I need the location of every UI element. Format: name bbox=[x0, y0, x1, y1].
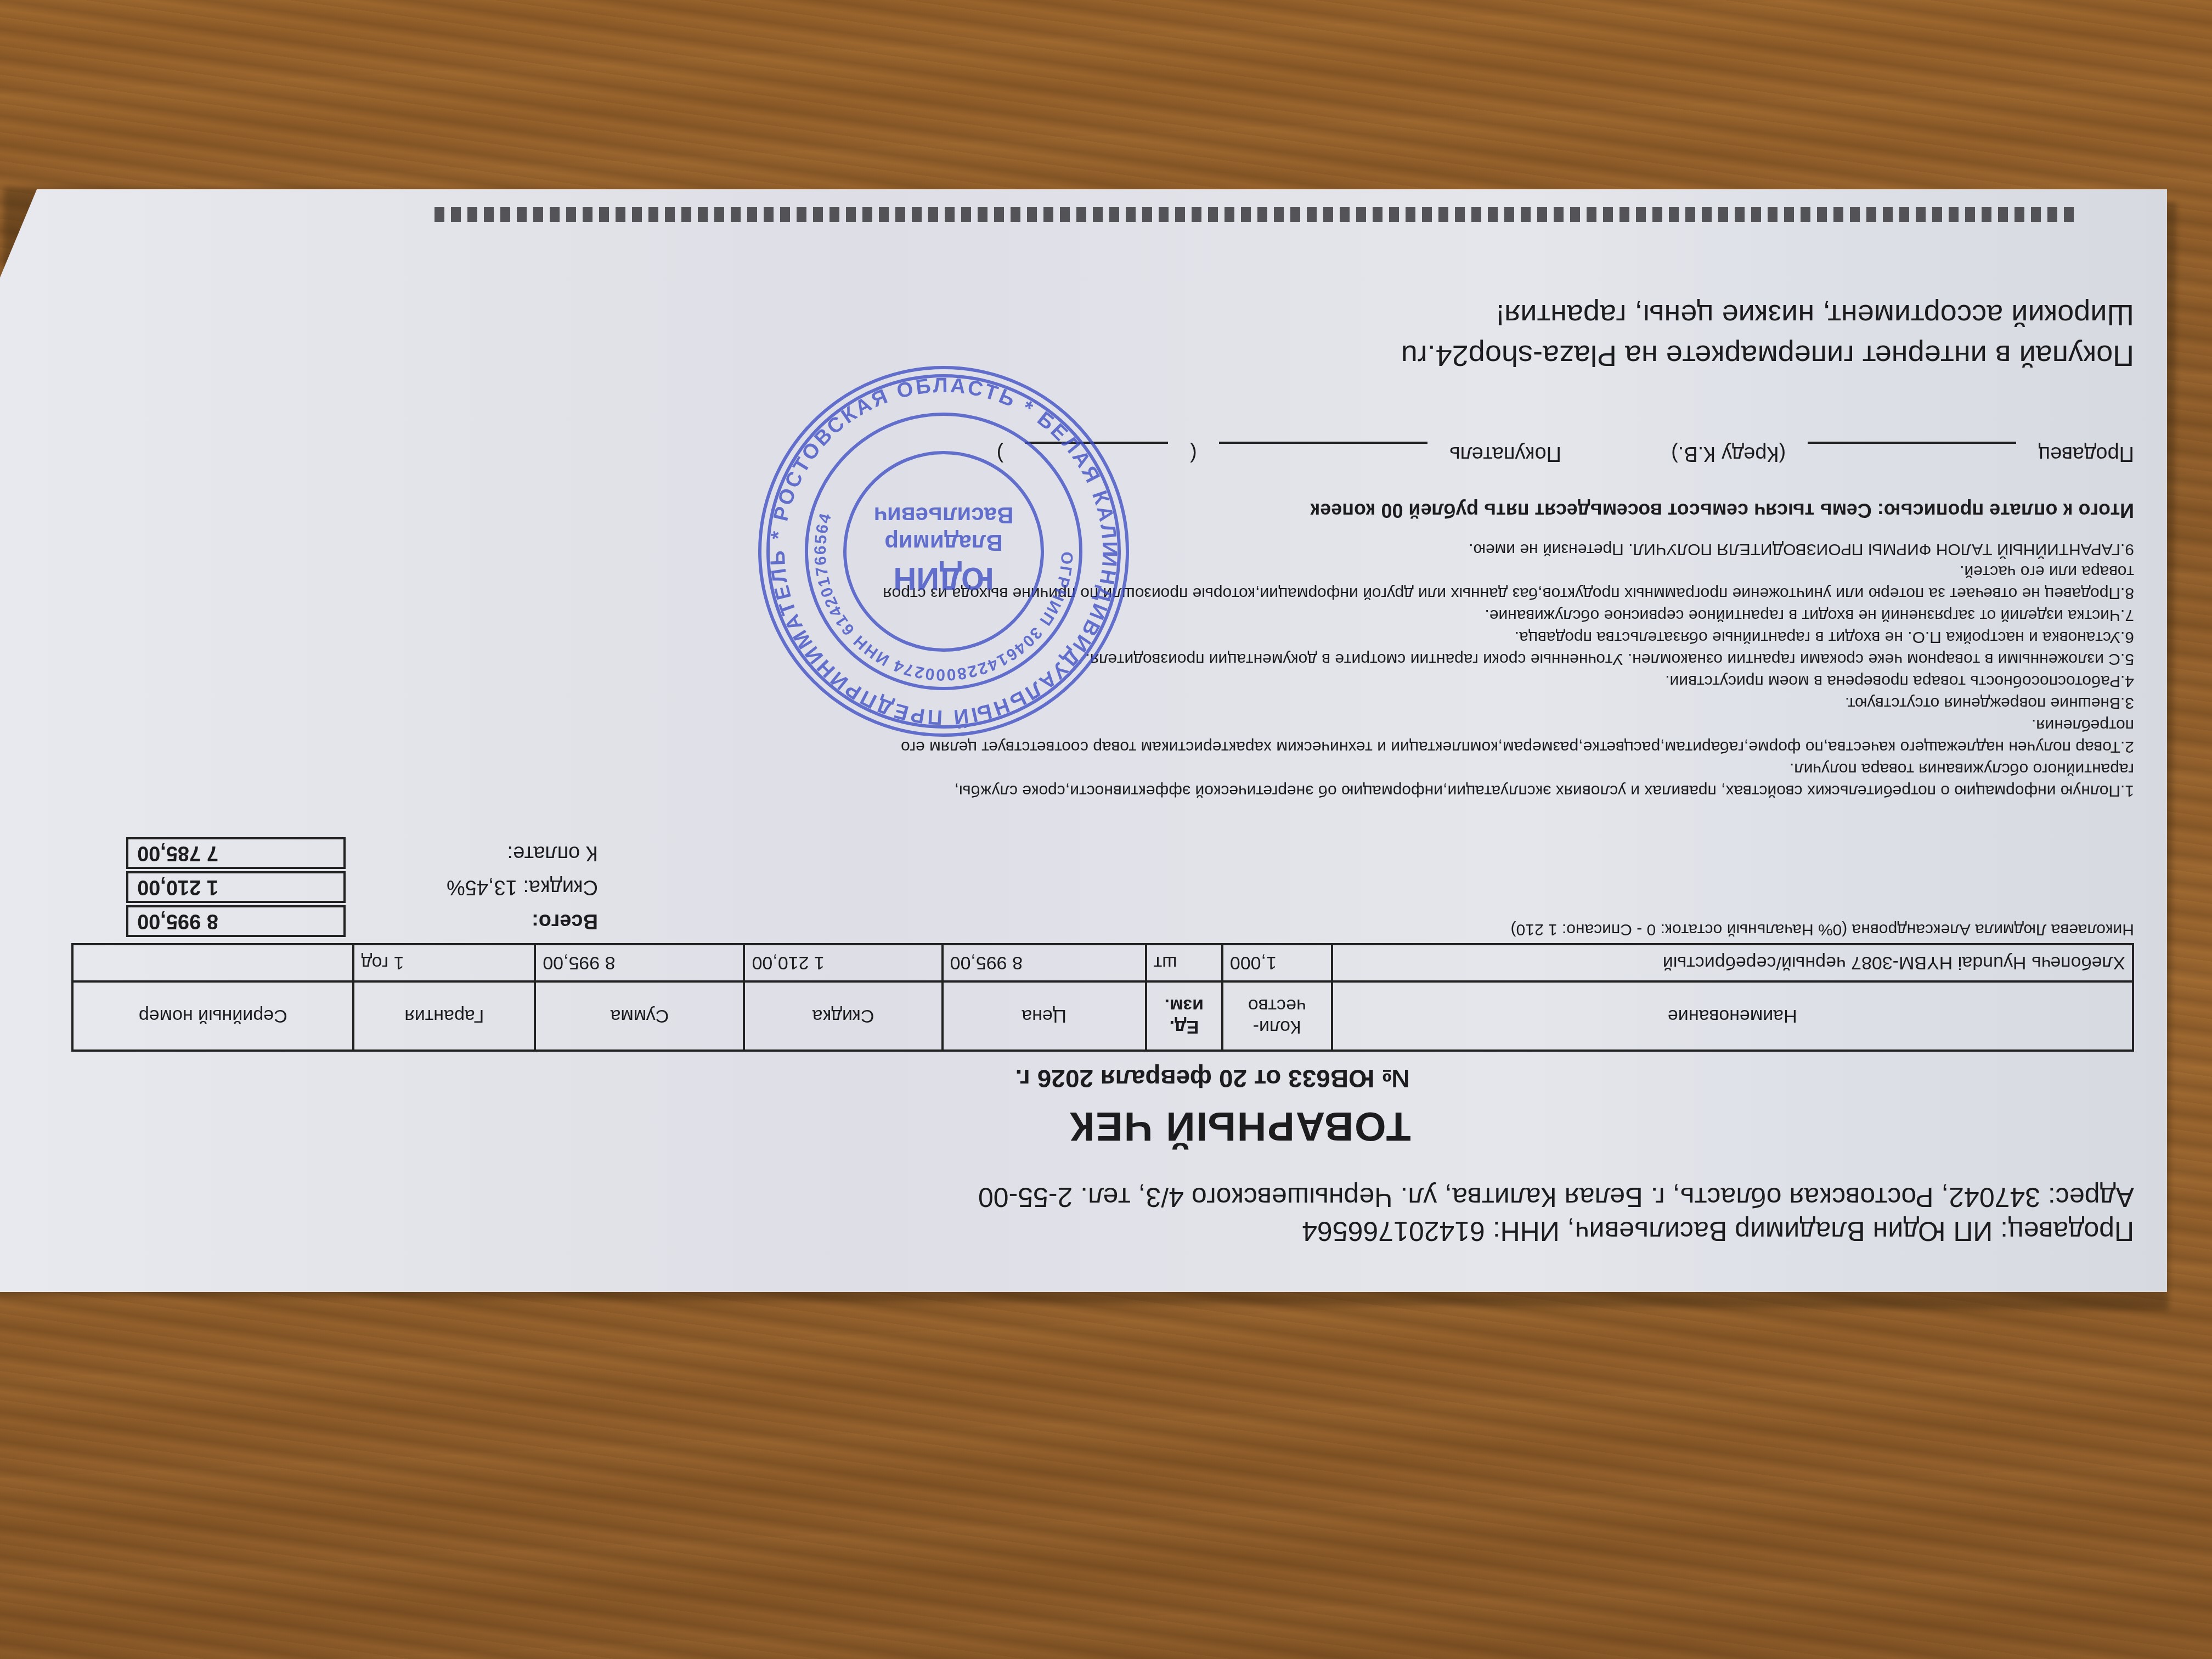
condition-line: 4.Работоспособность товара проверена в м… bbox=[653, 670, 2134, 692]
amount-in-words: Итого к оплате прописью: Семь тысяч семь… bbox=[126, 499, 2134, 522]
total-row: Всего: 8 995,00 bbox=[126, 904, 609, 939]
receipt-title: ТОВАРНЫЙ ЧЕК bbox=[126, 1103, 2134, 1150]
item-warranty: 1 год bbox=[353, 944, 535, 981]
receipt-number: № ЮВ633 от 20 февраля 2026 г. bbox=[126, 1064, 2134, 1093]
item-name: Хлебопечь Hyundai HYBM-3087 черный/сереб… bbox=[1332, 944, 2133, 981]
col-price: Цена bbox=[943, 981, 1146, 1051]
perforation-edge bbox=[428, 207, 2074, 222]
condition-line: 5.С изложенными в товарном чеке сроками … bbox=[653, 648, 2134, 670]
seller-signature-line bbox=[1808, 442, 2016, 466]
pay-value: 7 785,00 bbox=[126, 837, 346, 869]
condition-line: 8.Продавец не отвечает за потерю или уни… bbox=[653, 582, 2134, 604]
col-sum: Сумма bbox=[535, 981, 744, 1051]
total-label: Всего: bbox=[346, 910, 609, 933]
items-table: Наименование Коли-чество Ед. изм. Цена С… bbox=[71, 943, 2134, 1052]
discount-label: Скидка: 13,45% bbox=[346, 876, 609, 899]
seller-info: Продавец: ИП Юдин Владимир Васильевич, И… bbox=[126, 1214, 2134, 1248]
totals-block: Николаева Людмила Александровна (0% Нача… bbox=[126, 823, 2134, 939]
promo-text: Покупай в интернет гипермаркете на Plaza… bbox=[126, 295, 2134, 376]
promo-line: Широкий ассортимент, низкие цены, гарант… bbox=[126, 295, 2134, 335]
col-unit: Ед. изм. bbox=[1146, 981, 1222, 1051]
total-value: 8 995,00 bbox=[126, 905, 346, 937]
buyer-paren-open: ( bbox=[1190, 442, 1197, 465]
seller-address: Адрес: 347042, Ростовская область, г. Бе… bbox=[126, 1180, 2134, 1214]
col-qty: Коли-чество bbox=[1222, 981, 1332, 1051]
condition-line: товара или его частей. bbox=[653, 560, 2134, 582]
seller-signature-name: (Кредy К.В.) bbox=[1671, 442, 1786, 465]
condition-line: потребления. bbox=[653, 714, 2134, 736]
item-sum: 8 995,00 bbox=[535, 944, 744, 981]
discount-row: Скидка: 13,45% 1 210,00 bbox=[126, 870, 609, 905]
col-name: Наименование bbox=[1332, 981, 2133, 1051]
condition-line: 9.ГАРАНТИЙНЫЙ ТАЛОН ФИРМЫ ПРОИЗВОДИТЕЛЯ … bbox=[653, 538, 2134, 560]
signatures-row: Продавец (Кредy К.В.) Покупатель ( ) bbox=[126, 442, 2134, 466]
buyer-name-line bbox=[1025, 442, 1168, 444]
seller-signature-label: Продавец bbox=[2038, 442, 2134, 465]
item-discount: 1 210,00 bbox=[744, 944, 942, 981]
item-serial bbox=[72, 944, 353, 981]
col-serial: Серийный номер bbox=[72, 981, 353, 1051]
table-header-row: Наименование Коли-чество Ед. изм. Цена С… bbox=[72, 981, 2133, 1051]
item-price: 8 995,00 bbox=[943, 944, 1146, 981]
discount-value: 1 210,00 bbox=[126, 871, 346, 903]
buyer-signature-line bbox=[1219, 442, 1427, 466]
condition-line: 3.Внешние повреждения отсутствуют. bbox=[653, 692, 2134, 714]
condition-line: 6.Установка и настройка П.О. не входит в… bbox=[653, 626, 2134, 648]
condition-line: гарантийного обслуживания товара получил… bbox=[653, 758, 2134, 780]
receipt-paper: Продавец: ИП Юдин Владимир Васильевич, И… bbox=[0, 189, 2167, 1292]
pay-label: К оплате: bbox=[346, 842, 609, 865]
condition-line: 2.Товар получен надлежащего качества,по … bbox=[653, 736, 2134, 758]
condition-line: 1.Полную информацию о потребительских св… bbox=[653, 780, 2134, 802]
buyer-paren-close: ) bbox=[997, 442, 1004, 465]
item-qty: 1,000 bbox=[1222, 944, 1332, 981]
table-row: Хлебопечь Hyundai HYBM-3087 черный/сереб… bbox=[72, 944, 2133, 981]
warranty-conditions: 1.Полную информацию о потребительских св… bbox=[653, 538, 2134, 802]
pay-row: К оплате: 7 785,00 bbox=[126, 836, 609, 871]
buyer-signature-label: Покупатель bbox=[1449, 442, 1561, 465]
item-unit: шт bbox=[1146, 944, 1222, 981]
col-discount: Скидка bbox=[744, 981, 942, 1051]
col-warranty: Гарантия bbox=[353, 981, 535, 1051]
receipt-content: Продавец: ИП Юдин Владимир Васильевич, И… bbox=[126, 295, 2134, 1259]
condition-line: 7.Чистка изделий от загрязнений не входи… bbox=[653, 604, 2134, 626]
promo-line: Покупай в интернет гипермаркете на Plaza… bbox=[126, 335, 2134, 376]
